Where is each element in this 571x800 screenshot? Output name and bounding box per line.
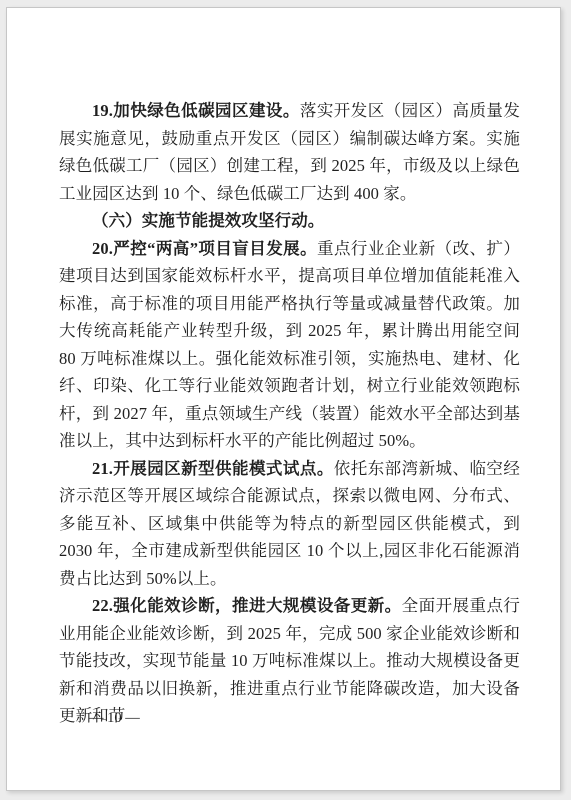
- paragraph-item-19: 19.加快绿色低碳园区建设。落实开发区（园区）高质量发展实施意见，鼓励重点开发区…: [59, 97, 520, 207]
- paragraph-20-body: 重点行业企业新（改、扩）建项目达到国家能效标杆水平，提高项目单位增加值能耗准入标…: [59, 239, 520, 451]
- paragraph-19-lead: 19.加快绿色低碳园区建设。: [92, 101, 300, 120]
- page-number: — 10 —: [89, 708, 140, 728]
- viewer-background: 19.加快绿色低碳园区建设。落实开发区（园区）高质量发展实施意见，鼓励重点开发区…: [0, 0, 571, 800]
- section-heading-6: （六）实施节能提效攻坚行动。: [59, 207, 520, 235]
- paragraph-22-body: 全面开展重点行业用能企业能效诊断，到 2025 年，完成 500 家企业能效诊断…: [59, 596, 520, 725]
- document-page: 19.加快绿色低碳园区建设。落实开发区（园区）高质量发展实施意见，鼓励重点开发区…: [6, 7, 561, 791]
- paragraph-20-lead: 20.严控“两高”项目盲目发展。: [92, 239, 317, 258]
- section-heading-6-label: （六）实施节能提效攻坚行动。: [92, 211, 324, 230]
- document-content: 19.加快绿色低碳园区建设。落实开发区（园区）高质量发展实施意见，鼓励重点开发区…: [59, 97, 520, 730]
- paragraph-item-21: 21.开展园区新型供能模式试点。依托东部湾新城、临空经济示范区等开展区域综合能源…: [59, 455, 520, 593]
- paragraph-22-lead: 22.强化能效诊断，推进大规模设备更新。: [92, 596, 402, 615]
- paragraph-21-lead: 21.开展园区新型供能模式试点。: [92, 459, 334, 478]
- paragraph-item-20: 20.严控“两高”项目盲目发展。重点行业企业新（改、扩）建项目达到国家能效标杆水…: [59, 235, 520, 455]
